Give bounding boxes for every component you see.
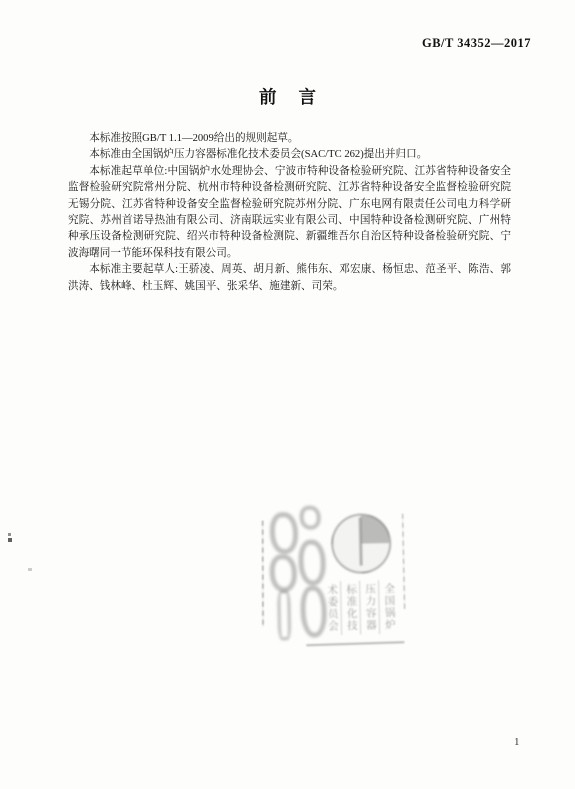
committee-ink-stamp: 术委员会 标准化技 压力容器 全国锅炉 xyxy=(251,495,432,667)
stamp-circle-emblem-icon xyxy=(331,513,392,574)
stamp-illegible-glyph xyxy=(270,512,299,555)
stamp-grid-column: 标准化技 xyxy=(340,581,360,635)
foreword-title: 前言 xyxy=(0,84,575,109)
stamp-text-grid: 术委员会 标准化技 压力容器 全国锅炉 xyxy=(322,580,397,636)
standard-code: GB/T 34352—2017 xyxy=(422,36,531,51)
scan-speck xyxy=(8,533,11,536)
paragraph-main-drafters: 本标准主要起草人:王骄凌、周英、胡月新、熊伟东、邓宏康、杨恒忠、范圣平、陈浩、郭… xyxy=(68,262,511,295)
stamp-grid-column: 术委员会 xyxy=(322,581,341,635)
paragraph-proposed-by: 本标准由全国锅炉压力容器标准化技术委员会(SAC/TC 262)提出并归口。 xyxy=(68,147,511,163)
stamp-bottom-line xyxy=(306,641,404,646)
paragraph-drafting-organizations: 本标准起草单位:中国锅炉水处理协会、宁波市特种设备检验研究院、江苏省特种设备安全… xyxy=(68,164,511,262)
stamp-grid-column: 全国锅炉 xyxy=(378,580,398,634)
stamp-illegible-glyph xyxy=(277,590,291,640)
paragraph-drafting-rules: 本标准按照GB/T 1.1—2009给出的规则起草。 xyxy=(68,131,511,147)
stamp-grid-column: 压力容器 xyxy=(359,580,379,634)
stamp-right-border-line xyxy=(402,514,406,610)
stamp-left-border-line xyxy=(262,521,264,627)
page-number: 1 xyxy=(514,736,520,748)
stamp-emblem-bar xyxy=(359,518,363,566)
scan-speck xyxy=(8,538,12,542)
document-page: GB/T 34352—2017 前言 本标准按照GB/T 1.1—2009给出的… xyxy=(0,0,575,789)
foreword-body: 本标准按照GB/T 1.1—2009给出的规则起草。 本标准由全国锅炉压力容器标… xyxy=(68,131,511,295)
stamp-illegible-glyph xyxy=(298,539,326,586)
scan-speck xyxy=(28,568,32,571)
stamp-illegible-glyph xyxy=(299,505,320,529)
stamp-illegible-glyph xyxy=(269,554,297,593)
